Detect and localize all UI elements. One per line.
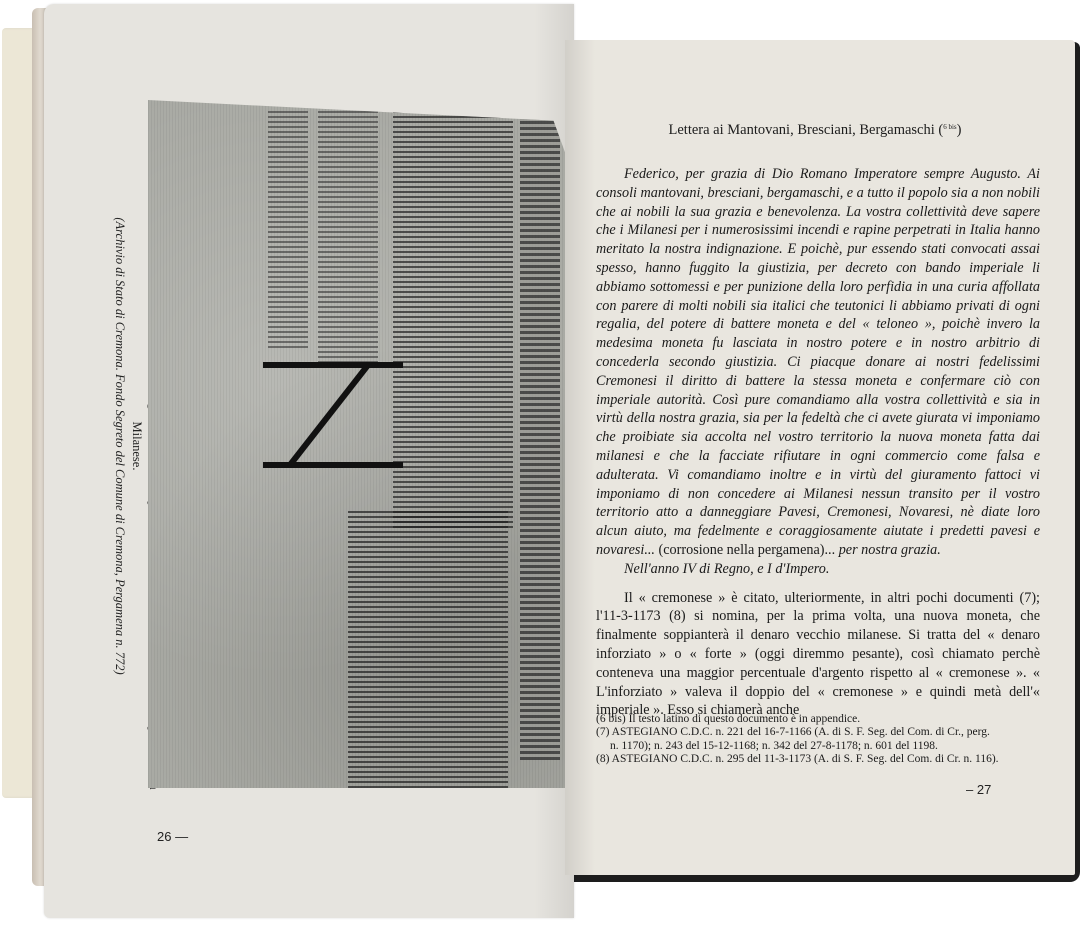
manuscript-script-block — [318, 108, 378, 368]
footnote-7: (7) ASTEGIANO C.D.C. n. 221 del 16-7-116… — [596, 726, 1040, 739]
footnote-7-cont: n. 1170); n. 243 del 15-12-1168; n. 342 … — [596, 740, 1040, 753]
manuscript-text-block — [393, 108, 513, 528]
letter-date: Nell'anno IV di Regno, e I d'Impero. — [596, 560, 1040, 579]
footnotes: (6 bis) Il testo latino di questo docume… — [596, 713, 1040, 767]
commentary-paragraph: Il « cremonese » è citato, ulteriormente… — [596, 589, 1040, 721]
monogram-stroke — [263, 362, 403, 368]
corrosion-note: (corrosione nella pergamena)... — [655, 542, 839, 558]
manuscript-script-block — [268, 108, 308, 348]
caption-source: (Archivio di Stato di Cremona. Fondo Seg… — [111, 96, 128, 796]
manuscript-text-block — [348, 508, 508, 788]
page-number-right: – 27 — [966, 782, 991, 797]
footnote-ref: 6 bis — [943, 123, 956, 131]
body-text: Federico, per grazia di Dio Romano Imper… — [596, 165, 1040, 720]
letter-closing: per nostra grazia. — [839, 542, 941, 558]
letter-paragraph: Federico, per grazia di Dio Romano Imper… — [596, 165, 1040, 560]
title-text: Lettera ai Mantovani, Bresciani, Bergama… — [669, 122, 944, 138]
monogram-stroke — [263, 462, 403, 468]
footnote-6bis: (6 bis) Il testo latino di questo docume… — [596, 713, 1040, 726]
letter-title: Lettera ai Mantovani, Bresciani, Bergama… — [590, 122, 1040, 139]
title-close: ) — [957, 122, 962, 138]
page-number-left: 26 — — [157, 829, 188, 844]
letter-text: Federico, per grazia di Dio Romano Imper… — [596, 166, 1040, 558]
manuscript-photo — [148, 100, 566, 788]
manuscript-heading-bars — [520, 110, 560, 760]
footnote-8: (8) ASTEGIANO C.D.C. n. 295 del 11-3-117… — [596, 753, 1040, 766]
